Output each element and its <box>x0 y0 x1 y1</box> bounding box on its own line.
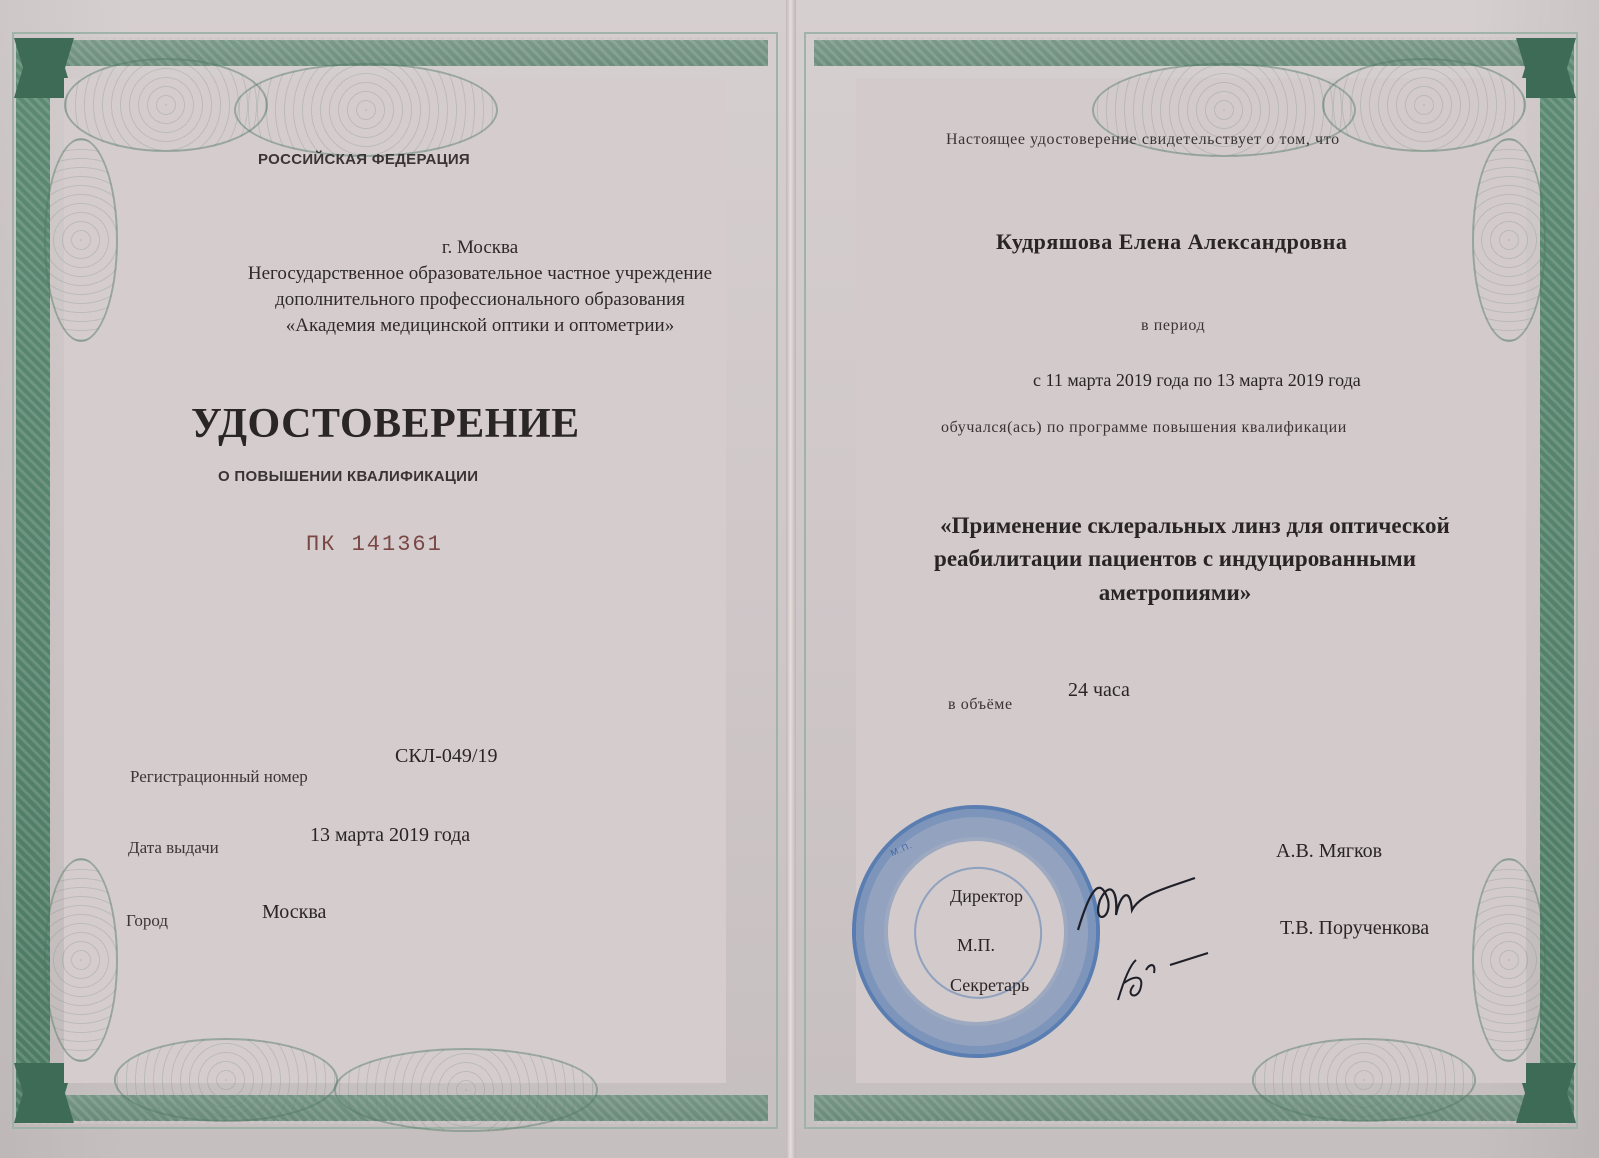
serial-number: ПК 141361 <box>306 532 443 557</box>
guilloche-ornament-icon <box>114 1038 338 1122</box>
period-label: в период <box>1141 317 1205 335</box>
institution-line-3: «Академия медицинской оптики и оптометри… <box>180 315 780 337</box>
director-signature-icon <box>1070 870 1200 940</box>
guilloche-ornament-icon <box>44 138 118 342</box>
studied-label: обучался(ась) по программе повышения ква… <box>941 419 1347 437</box>
guilloche-ornament-icon <box>1252 1038 1476 1122</box>
director-label: Директор <box>950 886 1023 907</box>
intro-text: Настоящее удостоверение свидетельствует … <box>946 131 1340 149</box>
issue-date-label: Дата выдачи <box>128 838 219 858</box>
period-value: с 11 марта 2019 года по 13 марта 2019 го… <box>1033 370 1361 391</box>
city-value: Москва <box>262 901 326 924</box>
guilloche-ornament-icon <box>44 858 118 1062</box>
city-line: г. Москва <box>180 237 780 259</box>
secretary-signature-icon <box>1110 945 1220 1005</box>
reg-number-value: СКЛ-049/19 <box>395 745 497 768</box>
institution-line-2: дополнительного профессионального образо… <box>180 289 780 311</box>
guilloche-ornament-icon <box>1472 138 1546 342</box>
director-name: А.В. Мягков <box>1276 840 1382 863</box>
program-line-3: аметропиями» <box>860 576 1490 609</box>
guilloche-ornament-icon <box>1472 858 1546 1062</box>
certificate-spread: РОССИЙСКАЯ ФЕДЕРАЦИЯ г. Москва Негосудар… <box>0 0 1599 1158</box>
program-line-2: реабилитации пациентов с индуцированными <box>860 542 1490 575</box>
recipient-name: Кудряшова Елена Александровна <box>996 229 1347 255</box>
volume-value: 24 часа <box>1068 679 1130 702</box>
left-page: РОССИЙСКАЯ ФЕДЕРАЦИЯ г. Москва Негосудар… <box>4 18 786 1143</box>
program-line-1: «Применение склеральных линз для оптичес… <box>880 509 1510 542</box>
secretary-name: Т.В. Порученкова <box>1280 917 1429 940</box>
page-body <box>64 78 726 1083</box>
center-fold <box>786 0 796 1158</box>
guilloche-ornament-icon <box>334 1048 598 1132</box>
institution-line-1: Негосударственное образовательное частно… <box>180 263 780 285</box>
seal-label: М.П. <box>957 935 995 956</box>
guilloche-ornament-icon <box>234 63 498 157</box>
document-title: УДОСТОВЕРЕНИЕ <box>191 400 580 448</box>
country-heading: РОССИЙСКАЯ ФЕДЕРАЦИЯ <box>258 151 470 168</box>
issue-date-value: 13 марта 2019 года <box>310 824 470 847</box>
stamp-text: М.П. <box>889 840 914 858</box>
secretary-label: Секретарь <box>950 975 1029 996</box>
document-subtitle: О ПОВЫШЕНИИ КВАЛИФИКАЦИИ <box>218 468 478 485</box>
city-label: Город <box>126 911 168 931</box>
volume-label: в объёме <box>948 696 1013 714</box>
reg-number-label: Регистрационный номер <box>130 767 308 787</box>
